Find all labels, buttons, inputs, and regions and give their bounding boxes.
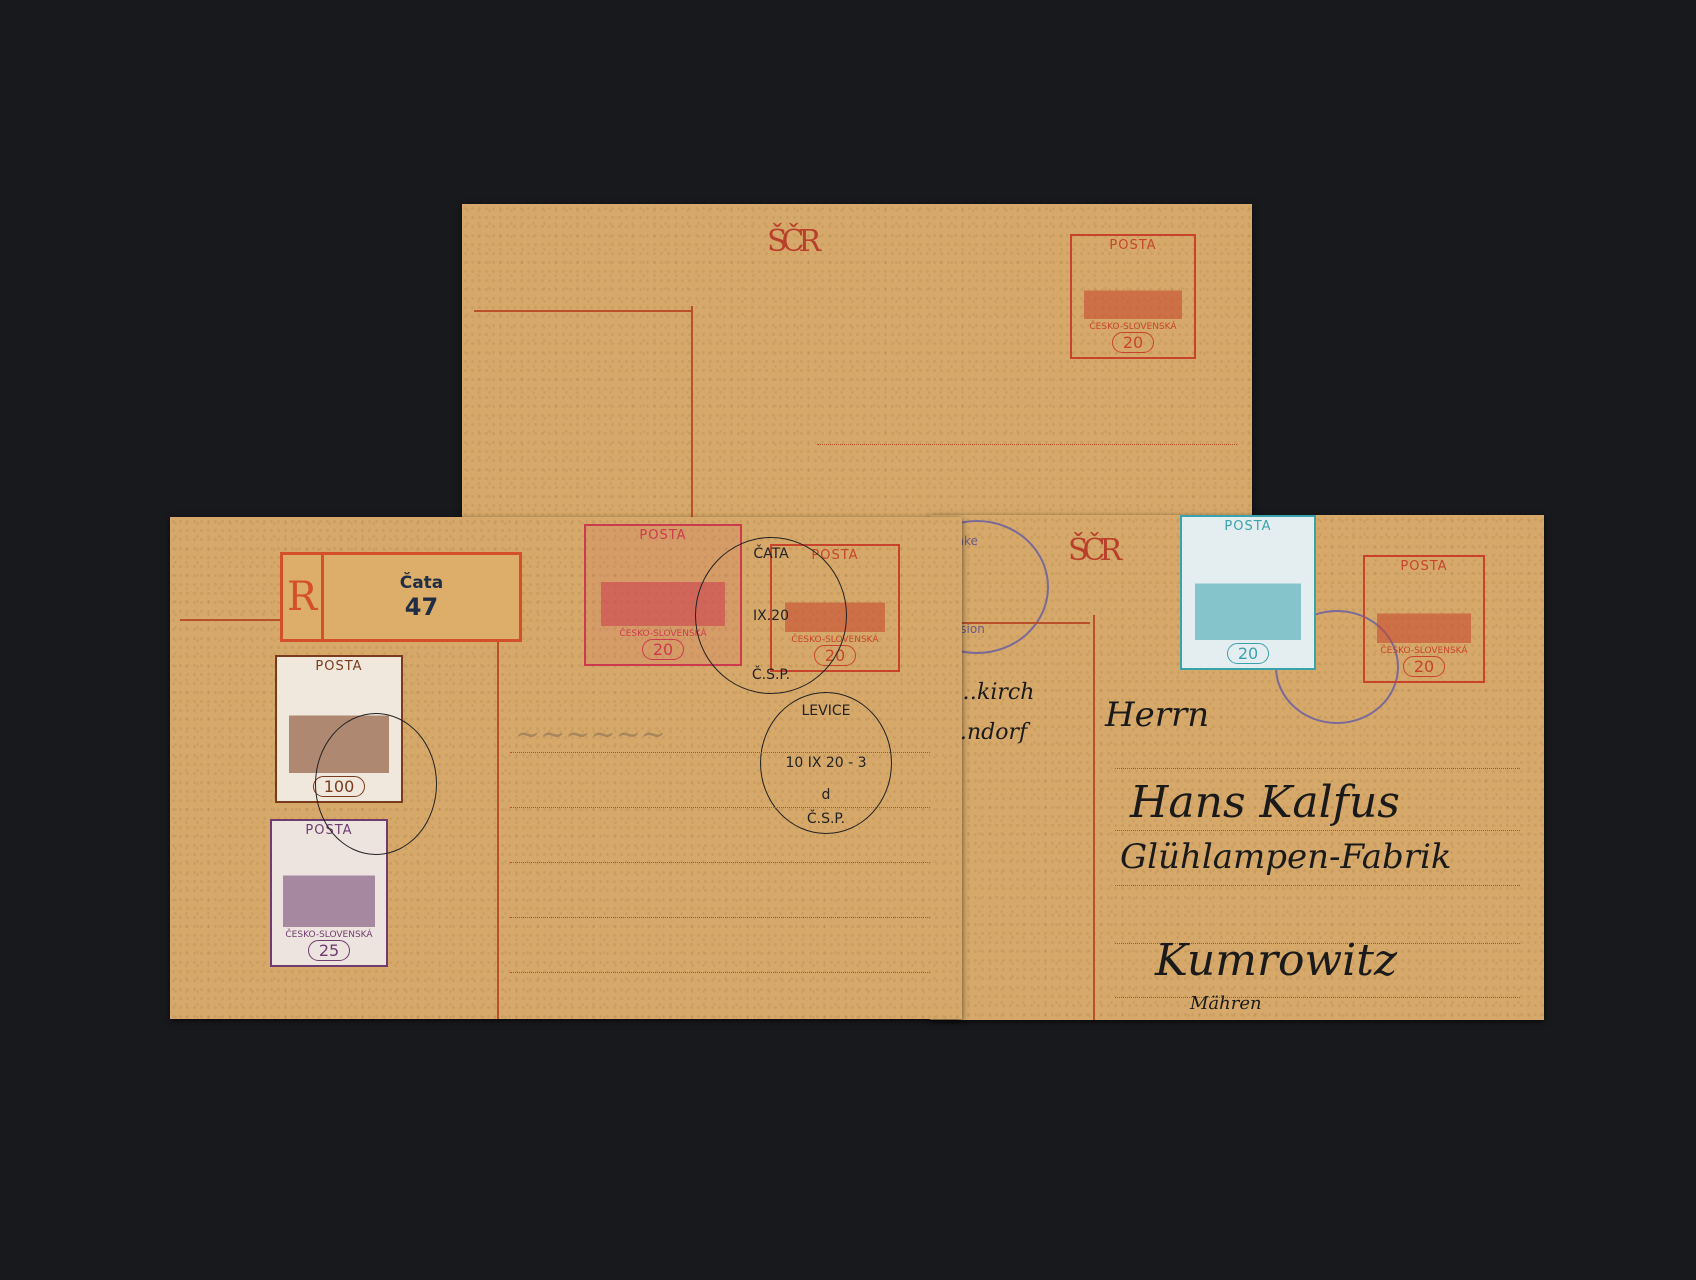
cata-postmark: ČATA IX.20 Č.S.P.: [695, 537, 847, 694]
addressed-postcard: …anke …mission …kirch …ndorf ŠČR POSTA 2…: [930, 515, 1544, 1020]
address-region: Mähren: [1190, 993, 1262, 1014]
address-line: [510, 807, 930, 808]
address-line: [510, 752, 930, 753]
cata-postmark-secondary: [315, 713, 437, 855]
registration-number: 47: [405, 593, 438, 621]
csr-monogram-icon: ŠČR: [1068, 533, 1116, 568]
address-city: Kumrowitz: [1155, 935, 1397, 986]
address-line: [817, 444, 1237, 445]
divider-line: [691, 306, 693, 522]
address-line: [1115, 997, 1520, 998]
registration-label: R Čata 47: [280, 552, 522, 642]
address-line: [1115, 768, 1520, 769]
adhesive-stamp-20-teal: POSTA 20: [1180, 515, 1316, 670]
divider-line: [497, 637, 499, 1019]
registration-letter: R: [283, 555, 324, 639]
sender-handwriting: …kirch: [955, 680, 1034, 705]
address-name: Hans Kalfus: [1130, 777, 1400, 828]
csr-monogram-icon: ŠČR: [767, 224, 815, 259]
back-postcard: ŠČR POSTA ČESKO-SLOVENSKÁ 20: [462, 204, 1252, 522]
address-line: [510, 917, 930, 918]
divider-line: [1093, 615, 1095, 1020]
address-line: [510, 972, 930, 973]
address-line: [1115, 830, 1520, 831]
registration-place: Čata: [400, 573, 444, 593]
imprinted-stamp: POSTA ČESKO-SLOVENSKÁ 20: [1363, 555, 1485, 683]
levice-postmark: LEVICE 10 IX 20 - 3 d Č.S.P.: [760, 692, 892, 834]
imprinted-stamp: POSTA ČESKO-SLOVENSKÁ 20: [1070, 234, 1196, 359]
address-salutation: Herrn: [1105, 695, 1209, 735]
address-line: [1115, 885, 1520, 886]
address-line: [510, 862, 930, 863]
address-company: Glühlampen-Fabrik: [1120, 837, 1452, 877]
divider-line: [474, 310, 691, 312]
pencil-address: ~~~~~~: [515, 717, 666, 752]
registered-postcard: R Čata 47 POSTA ČESKO-SLOVENSKÁ 20 POSTA…: [170, 517, 962, 1019]
